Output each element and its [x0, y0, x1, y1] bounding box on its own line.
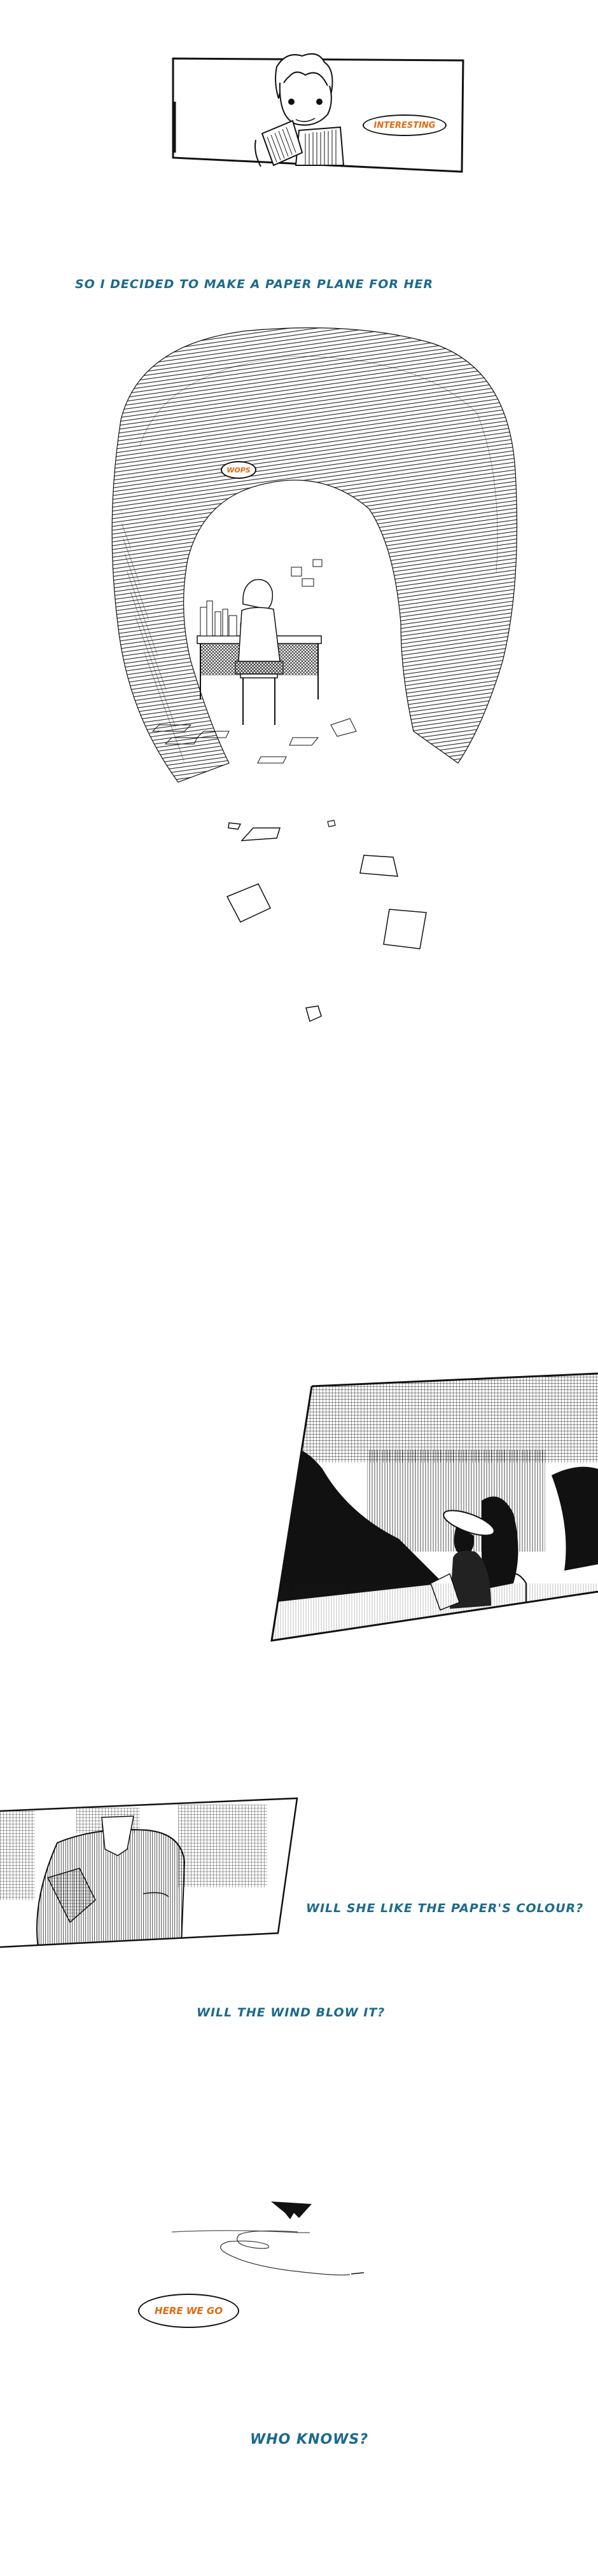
panel-4-frame	[0, 1798, 299, 1951]
speech-bubble-interesting: INTERESTING	[363, 114, 447, 136]
speech-bubble-here-we-go: HERE WE GO	[138, 2294, 239, 2328]
narration-caption: WILL THE WIND BLOW IT?	[197, 2006, 385, 2020]
narration-caption: SO I DECIDED TO MAKE A PAPER PLANE FOR H…	[75, 277, 433, 291]
speech-bubble-wops: WOPS	[221, 461, 256, 479]
paper-plane-trail	[127, 2181, 382, 2289]
panel-3-frame	[272, 1374, 598, 1644]
speech-text: INTERESTING	[374, 121, 436, 130]
panel-girl-forest	[272, 1374, 598, 1644]
scattered-papers	[191, 814, 483, 1043]
paper-plane-icon	[271, 2201, 312, 2219]
speech-text: WOPS	[226, 466, 250, 474]
panel-1-frame	[172, 57, 464, 169]
panel-desk-tunnel: WOPS	[102, 318, 522, 839]
narration-caption-final: WHO KNOWS?	[250, 2432, 368, 2448]
panel-boy-sweater	[0, 1798, 299, 1951]
speech-text: HERE WE GO	[155, 2305, 223, 2317]
narration-caption: WILL SHE LIKE THE PAPER'S COLOUR?	[306, 1901, 583, 1915]
tunnel-illustration	[102, 318, 522, 839]
panel-boy-notebook: INTERESTING	[172, 57, 464, 169]
